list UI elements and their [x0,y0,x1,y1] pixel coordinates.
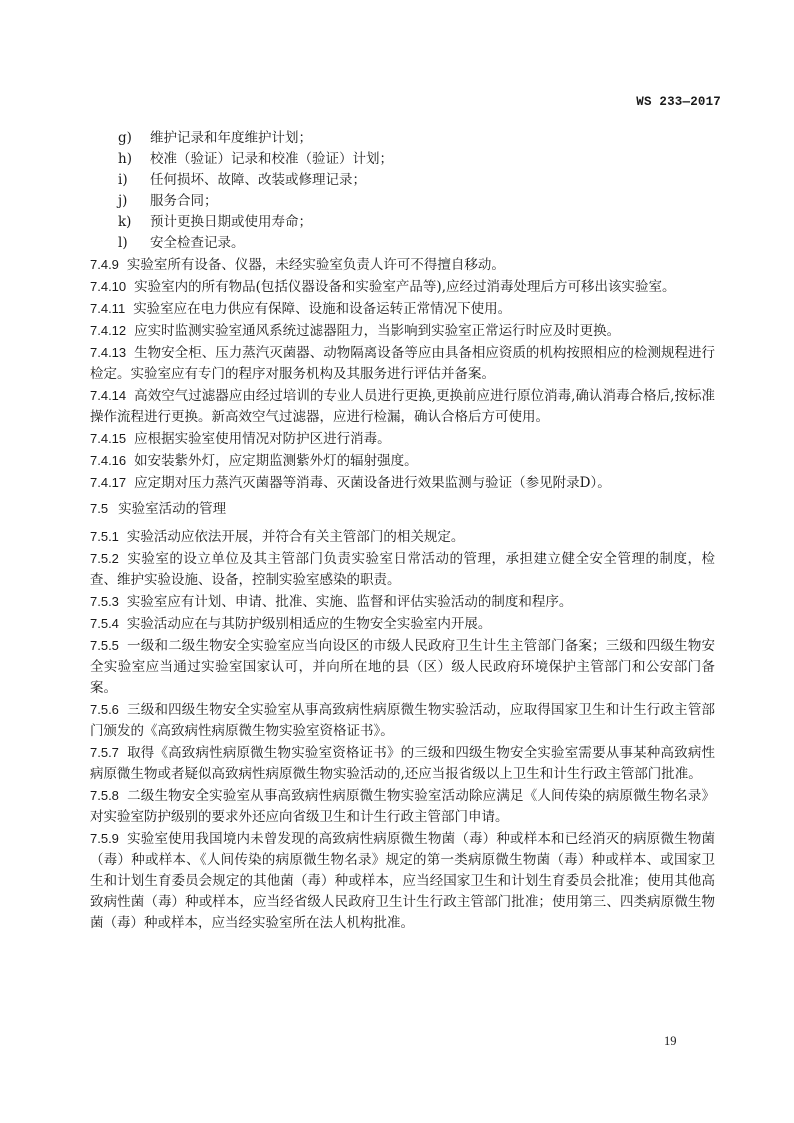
clause-number: 7.5.1 [90,529,119,544]
section-number: 7.5 [90,501,108,516]
list-text: 预计更换日期或使用寿命； [150,212,312,233]
clause-text: 实验活动应在与其防护级别相适应的生物安全实验室内开展。 [127,616,492,632]
clause-number: 7.5.8 [90,788,119,803]
clause-text: 应定期对压力蒸汽灭菌器等消毒、灭菌设备进行效果监测与验证（参见附录D）。 [134,475,611,491]
list-item: k)预计更换日期或使用寿命； [90,212,715,233]
clause-number: 7.5.4 [90,616,119,631]
list-text: 任何损坏、故障、改装或修理记录； [150,170,366,191]
section-heading-7-5: 7.5实验室活动的管理 [90,498,715,520]
clause-7-4-13: 7.4.13生物安全柜、压力蒸汽灭菌器、动物隔离设备等应由具备相应资质的机构按照… [90,342,715,385]
section-title: 实验室活动的管理 [118,501,226,517]
clause-text: 实验室内的所有物品(包括仪器设备和实验室产品等),应经过消毒处理后方可移出该实验… [134,279,675,295]
clause-7-5-6: 7.5.6三级和四级生物安全实验室从事高致病性病原微生物实验活动，应取得国家卫生… [90,699,715,742]
clause-7-4-11: 7.4.11实验室应在电力供应有保障、设施和设备运转正常情况下使用。 [90,298,715,320]
clause-text: 应实时监测实验室通风系统过滤器阻力，当影响到实验室正常运行时应及时更换。 [134,323,620,339]
document-body: g)维护记录和年度维护计划； h)校准（验证）记录和校准（验证）计划； i)任何… [90,128,715,934]
clause-7-4-17: 7.4.17应定期对压力蒸汽灭菌器等消毒、灭菌设备进行效果监测与验证（参见附录D… [90,472,715,494]
list-item: l)安全检查记录。 [90,233,715,254]
clause-7-5-3: 7.5.3实验室应有计划、申请、批准、实施、监督和评估实验活动的制度和程序。 [90,591,715,613]
clause-7-5-9: 7.5.9实验室使用我国境内未曾发现的高致病性病原微生物菌（毒）种或样本和已经消… [90,828,715,934]
clause-text: 实验室的设立单位及其主管部门负责实验室日常活动的管理，承担建立健全安全管理的制度… [90,551,715,588]
clause-7-4-12: 7.4.12应实时监测实验室通风系统过滤器阻力，当影响到实验室正常运行时应及时更… [90,320,715,342]
list-label: j) [118,191,150,212]
clause-number: 7.5.5 [90,638,119,653]
list-text: 维护记录和年度维护计划； [150,128,312,149]
list-text: 服务合同； [150,191,218,212]
list-label: i) [118,170,150,191]
list-item: i)任何损坏、故障、改装或修理记录； [90,170,715,191]
standard-code-header: WS 233—2017 [636,95,721,109]
clause-number: 7.4.14 [90,388,126,403]
clause-number: 7.5.2 [90,551,119,566]
clause-7-4-9: 7.4.9实验室所有设备、仪器，未经实验室负责人许可不得擅自移动。 [90,254,715,276]
list-label: k) [118,212,150,233]
clause-7-4-16: 7.4.16如安装紫外灯，应定期监测紫外灯的辐射强度。 [90,450,715,472]
clause-text: 二级生物安全实验室从事高致病性病原微生物实验室活动除应满足《人间传染的病原微生物… [90,788,715,825]
clause-number: 7.4.12 [90,323,126,338]
list-label: l) [118,233,150,254]
list-text: 安全检查记录。 [150,233,245,254]
clause-number: 7.4.15 [90,431,126,446]
clause-7-5-4: 7.5.4实验活动应在与其防护级别相适应的生物安全实验室内开展。 [90,613,715,635]
clauses-7-4: 7.4.9实验室所有设备、仪器，未经实验室负责人许可不得擅自移动。 7.4.10… [90,254,715,494]
clause-number: 7.5.3 [90,594,119,609]
clause-text: 高效空气过滤器应由经过培训的专业人员进行更换,更换前应进行原位消毒,确认消毒合格… [90,388,715,425]
clause-number: 7.4.13 [90,345,126,360]
list-item: h)校准（验证）记录和校准（验证）计划； [90,149,715,170]
clause-text: 实验活动应依法开展，并符合有关主管部门的相关规定。 [127,529,465,545]
clause-number: 7.4.9 [90,257,119,272]
list-label: g) [118,128,150,149]
clause-7-5-7: 7.5.7取得《高致病性病原微生物实验室资格证书》的三级和四级生物安全实验室需要… [90,742,715,785]
clause-number: 7.5.9 [90,831,119,846]
clauses-7-5: 7.5.1实验活动应依法开展，并符合有关主管部门的相关规定。 7.5.2实验室的… [90,526,715,934]
clause-7-5-2: 7.5.2实验室的设立单位及其主管部门负责实验室日常活动的管理，承担建立健全安全… [90,548,715,591]
maintenance-record-list: g)维护记录和年度维护计划； h)校准（验证）记录和校准（验证）计划； i)任何… [90,128,715,254]
clause-text: 实验室使用我国境内未曾发现的高致病性病原微生物菌（毒）种或样本和已经消灭的病原微… [90,831,715,931]
list-item: g)维护记录和年度维护计划； [90,128,715,149]
clause-number: 7.4.10 [90,279,126,294]
clause-text: 实验室应在电力供应有保障、设施和设备运转正常情况下使用。 [133,301,511,317]
clause-text: 生物安全柜、压力蒸汽灭菌器、动物隔离设备等应由具备相应资质的机构按照相应的检测规… [90,345,715,382]
clause-text: 实验室所有设备、仪器，未经实验室负责人许可不得擅自移动。 [127,257,505,273]
list-text: 校准（验证）记录和校准（验证）计划； [150,149,393,170]
clause-7-5-8: 7.5.8二级生物安全实验室从事高致病性病原微生物实验室活动除应满足《人间传染的… [90,785,715,828]
list-label: h) [118,149,150,170]
clause-7-5-1: 7.5.1实验活动应依法开展，并符合有关主管部门的相关规定。 [90,526,715,548]
clause-7-4-14: 7.4.14高效空气过滤器应由经过培训的专业人员进行更换,更换前应进行原位消毒,… [90,385,715,428]
clause-number: 7.4.11 [90,301,125,316]
clause-7-5-5: 7.5.5一级和二级生物安全实验室应当向设区的市级人民政府卫生计生主管部门备案；… [90,635,715,699]
clause-text: 一级和二级生物安全实验室应当向设区的市级人民政府卫生计生主管部门备案；三级和四级… [90,638,715,696]
clause-7-4-15: 7.4.15应根据实验室使用情况对防护区进行消毒。 [90,428,715,450]
clause-number: 7.4.16 [90,453,126,468]
clause-text: 应根据实验室使用情况对防护区进行消毒。 [134,431,391,447]
clause-text: 实验室应有计划、申请、批准、实施、监督和评估实验活动的制度和程序。 [127,594,573,610]
clause-text: 如安装紫外灯，应定期监测紫外灯的辐射强度。 [134,453,418,469]
clause-number: 7.5.7 [90,745,119,760]
clause-7-4-10: 7.4.10实验室内的所有物品(包括仪器设备和实验室产品等),应经过消毒处理后方… [90,276,715,298]
list-item: j)服务合同； [90,191,715,212]
page-number: 19 [664,1034,677,1049]
clause-number: 7.5.6 [90,702,119,717]
clause-text: 取得《高致病性病原微生物实验室资格证书》的三级和四级生物安全实验室需要从事某种高… [90,745,715,782]
clause-text: 三级和四级生物安全实验室从事高致病性病原微生物实验活动，应取得国家卫生和计生行政… [90,702,715,739]
clause-number: 7.4.17 [90,475,126,490]
